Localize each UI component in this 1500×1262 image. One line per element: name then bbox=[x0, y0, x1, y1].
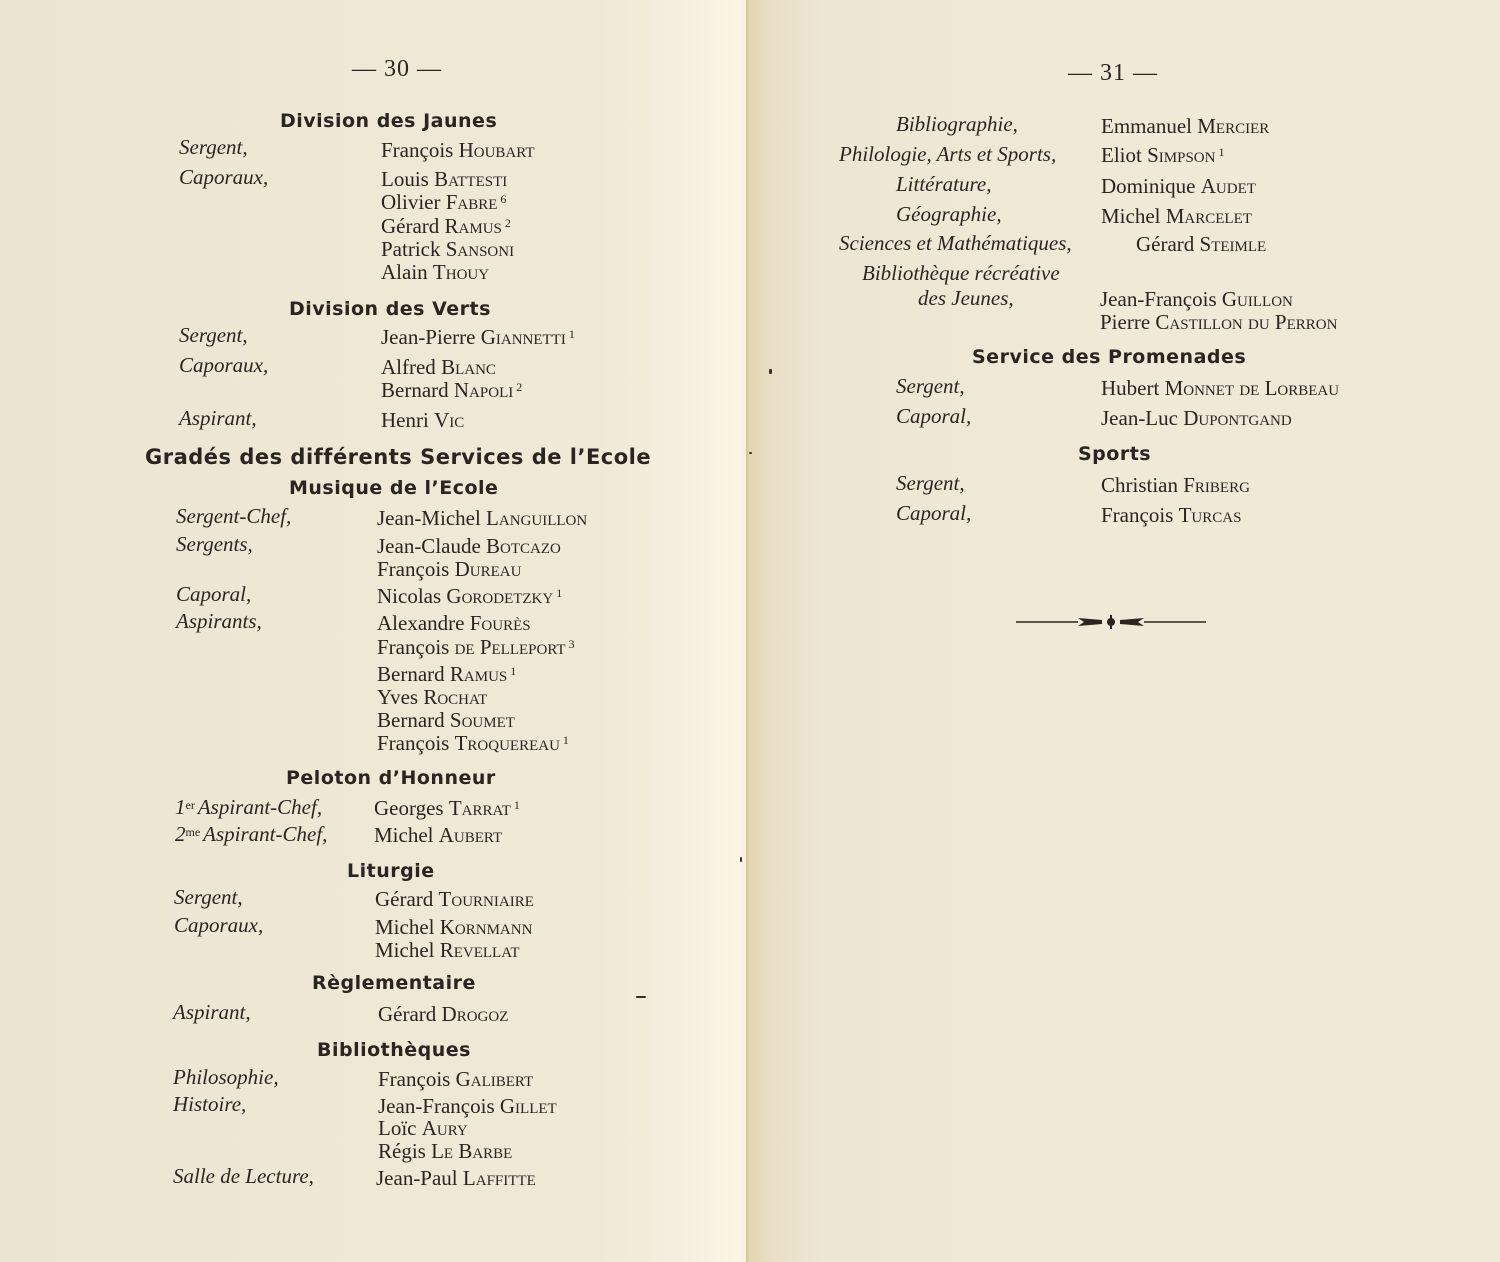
role-label: Sergent, bbox=[179, 323, 248, 348]
role-label: Sergent, bbox=[896, 374, 965, 399]
person-name: Bernard Soumet bbox=[377, 708, 515, 733]
section-title-musique: Musique de l’Ecole bbox=[289, 477, 498, 499]
footnote-marker: 1 bbox=[556, 586, 562, 600]
role-label: Aspirant, bbox=[179, 406, 257, 431]
person-name: Bernard Ramus1 bbox=[377, 662, 516, 687]
footnote-marker: 1 bbox=[569, 327, 575, 341]
role-label: Histoire, bbox=[173, 1092, 246, 1117]
section-title-verts: Division des Verts bbox=[289, 298, 491, 320]
role-label: Littérature, bbox=[896, 172, 991, 197]
footnote-marker: 1 bbox=[1218, 145, 1224, 159]
person-name: François Turcas bbox=[1101, 503, 1241, 528]
person-name: Christian Friberg bbox=[1101, 473, 1250, 498]
section-title-liturgie: Liturgie bbox=[347, 860, 435, 882]
footnote-marker: 3 bbox=[569, 637, 575, 651]
role-label: 1erAspirant-Chef, bbox=[175, 795, 322, 820]
section-title-bibliotheques: Bibliothèques bbox=[317, 1039, 471, 1061]
role-label: Géographie, bbox=[896, 202, 1002, 227]
person-name: François Troquereau1 bbox=[377, 731, 569, 756]
person-name: Bernard Napoli2 bbox=[381, 378, 522, 403]
section-title-peloton: Peloton d’Honneur bbox=[286, 767, 496, 789]
paper-speck bbox=[749, 452, 752, 454]
person-name: Gérard Ramus2 bbox=[381, 214, 511, 239]
role-label: 2meAspirant-Chef, bbox=[175, 822, 327, 847]
role-label: Sciences et Mathématiques, bbox=[839, 231, 1072, 256]
role-label: Aspirant, bbox=[173, 1000, 251, 1025]
section-title-reglementaire: Règlementaire bbox=[312, 972, 476, 994]
role-label: Aspirants, bbox=[176, 609, 262, 634]
page-number-left: — 30 — bbox=[352, 56, 442, 83]
person-name: Georges Tarrat1 bbox=[374, 796, 520, 821]
person-name: Jean-Pierre Giannetti1 bbox=[381, 325, 575, 350]
person-name: Gérard Steimle bbox=[1136, 232, 1266, 257]
book-gutter bbox=[746, 0, 748, 1262]
person-name: Alain Thouy bbox=[381, 260, 489, 285]
person-name: Yves Rochat bbox=[377, 685, 487, 710]
person-name: Michel Marcelet bbox=[1101, 204, 1252, 229]
section-title-sports: Sports bbox=[1078, 443, 1151, 465]
role-label: Caporal, bbox=[176, 582, 251, 607]
person-name: Gérard Tourniaire bbox=[375, 887, 534, 912]
person-name: Olivier Fabre6 bbox=[381, 190, 506, 215]
person-name: Eliot Simpson1 bbox=[1101, 143, 1224, 168]
person-name: Pierre Castillon du Perron bbox=[1100, 310, 1337, 335]
person-name: Michel Revellat bbox=[375, 938, 520, 963]
role-label: Salle de Lecture, bbox=[173, 1164, 314, 1189]
role-label: Caporal, bbox=[896, 501, 971, 526]
role-label: Caporaux, bbox=[179, 165, 268, 190]
person-name: Dominique Audet bbox=[1101, 174, 1256, 199]
person-name: François Galibert bbox=[378, 1067, 533, 1092]
role-label: Sergent, bbox=[896, 471, 965, 496]
person-name: Michel Aubert bbox=[374, 823, 502, 848]
person-name: François de Pelleport3 bbox=[377, 635, 575, 660]
role-label: Bibliothèque récréative bbox=[862, 261, 1060, 286]
fleuron-ornament-icon bbox=[1014, 614, 1208, 630]
person-name: Hubert Monnet de Lorbeau bbox=[1101, 376, 1339, 401]
section-title-promenades: Service des Promenades bbox=[972, 346, 1246, 368]
person-name: Nicolas Gorodetzky1 bbox=[377, 584, 562, 609]
role-label: Caporaux, bbox=[174, 913, 263, 938]
paper-speck bbox=[769, 369, 772, 374]
role-label: Bibliographie, bbox=[896, 112, 1018, 137]
role-label: des Jeunes, bbox=[918, 286, 1014, 311]
person-name: Jean-Luc Dupontgand bbox=[1101, 406, 1292, 431]
role-label: Sergent, bbox=[174, 885, 243, 910]
role-label: Caporal, bbox=[896, 404, 971, 429]
left-page bbox=[0, 0, 748, 1262]
footnote-marker: 1 bbox=[514, 798, 520, 812]
grades-title: Gradés des différents Services de l’Ecol… bbox=[145, 445, 651, 469]
page-number-right: — 31 — bbox=[1068, 60, 1158, 87]
footnote-marker: 2 bbox=[505, 216, 511, 230]
role-label: Caporaux, bbox=[179, 353, 268, 378]
person-name: Alexandre Fourès bbox=[377, 611, 531, 636]
person-name: François Dureau bbox=[377, 557, 521, 582]
paper-speck bbox=[636, 996, 646, 998]
person-name: Louis Battesti bbox=[381, 167, 507, 192]
role-label: Philologie, Arts et Sports, bbox=[839, 142, 1056, 167]
person-name: Gérard Drogoz bbox=[378, 1002, 508, 1027]
person-name: Henri Vic bbox=[381, 408, 464, 433]
person-name: Jean-Michel Languillon bbox=[377, 506, 587, 531]
role-label: Philosophie, bbox=[173, 1065, 279, 1090]
section-title-jaunes: Division des Jaunes bbox=[280, 110, 497, 132]
person-name: Alfred Blanc bbox=[381, 355, 496, 380]
person-name: Jean-Paul Laffitte bbox=[376, 1166, 536, 1191]
person-name: Emmanuel Mercier bbox=[1101, 114, 1269, 139]
role-label: Sergents, bbox=[176, 532, 253, 557]
footnote-marker: 2 bbox=[516, 380, 522, 394]
paper-speck bbox=[740, 857, 742, 862]
person-name: Patrick Sansoni bbox=[381, 237, 514, 262]
footnote-marker: 1 bbox=[510, 664, 516, 678]
person-name: Loïc Aury bbox=[378, 1116, 468, 1141]
footnote-marker: 6 bbox=[500, 192, 506, 206]
role-label: Sergent, bbox=[179, 135, 248, 160]
person-name: Régis Le Barbe bbox=[378, 1139, 512, 1164]
person-name: Jean-Claude Botcazo bbox=[377, 534, 561, 559]
person-name: Jean-François Guillon bbox=[1100, 287, 1293, 312]
person-name: Michel Kornmann bbox=[375, 915, 532, 940]
footnote-marker: 1 bbox=[563, 733, 569, 747]
role-label: Sergent-Chef, bbox=[176, 504, 291, 529]
person-name: François Houbart bbox=[381, 138, 535, 163]
